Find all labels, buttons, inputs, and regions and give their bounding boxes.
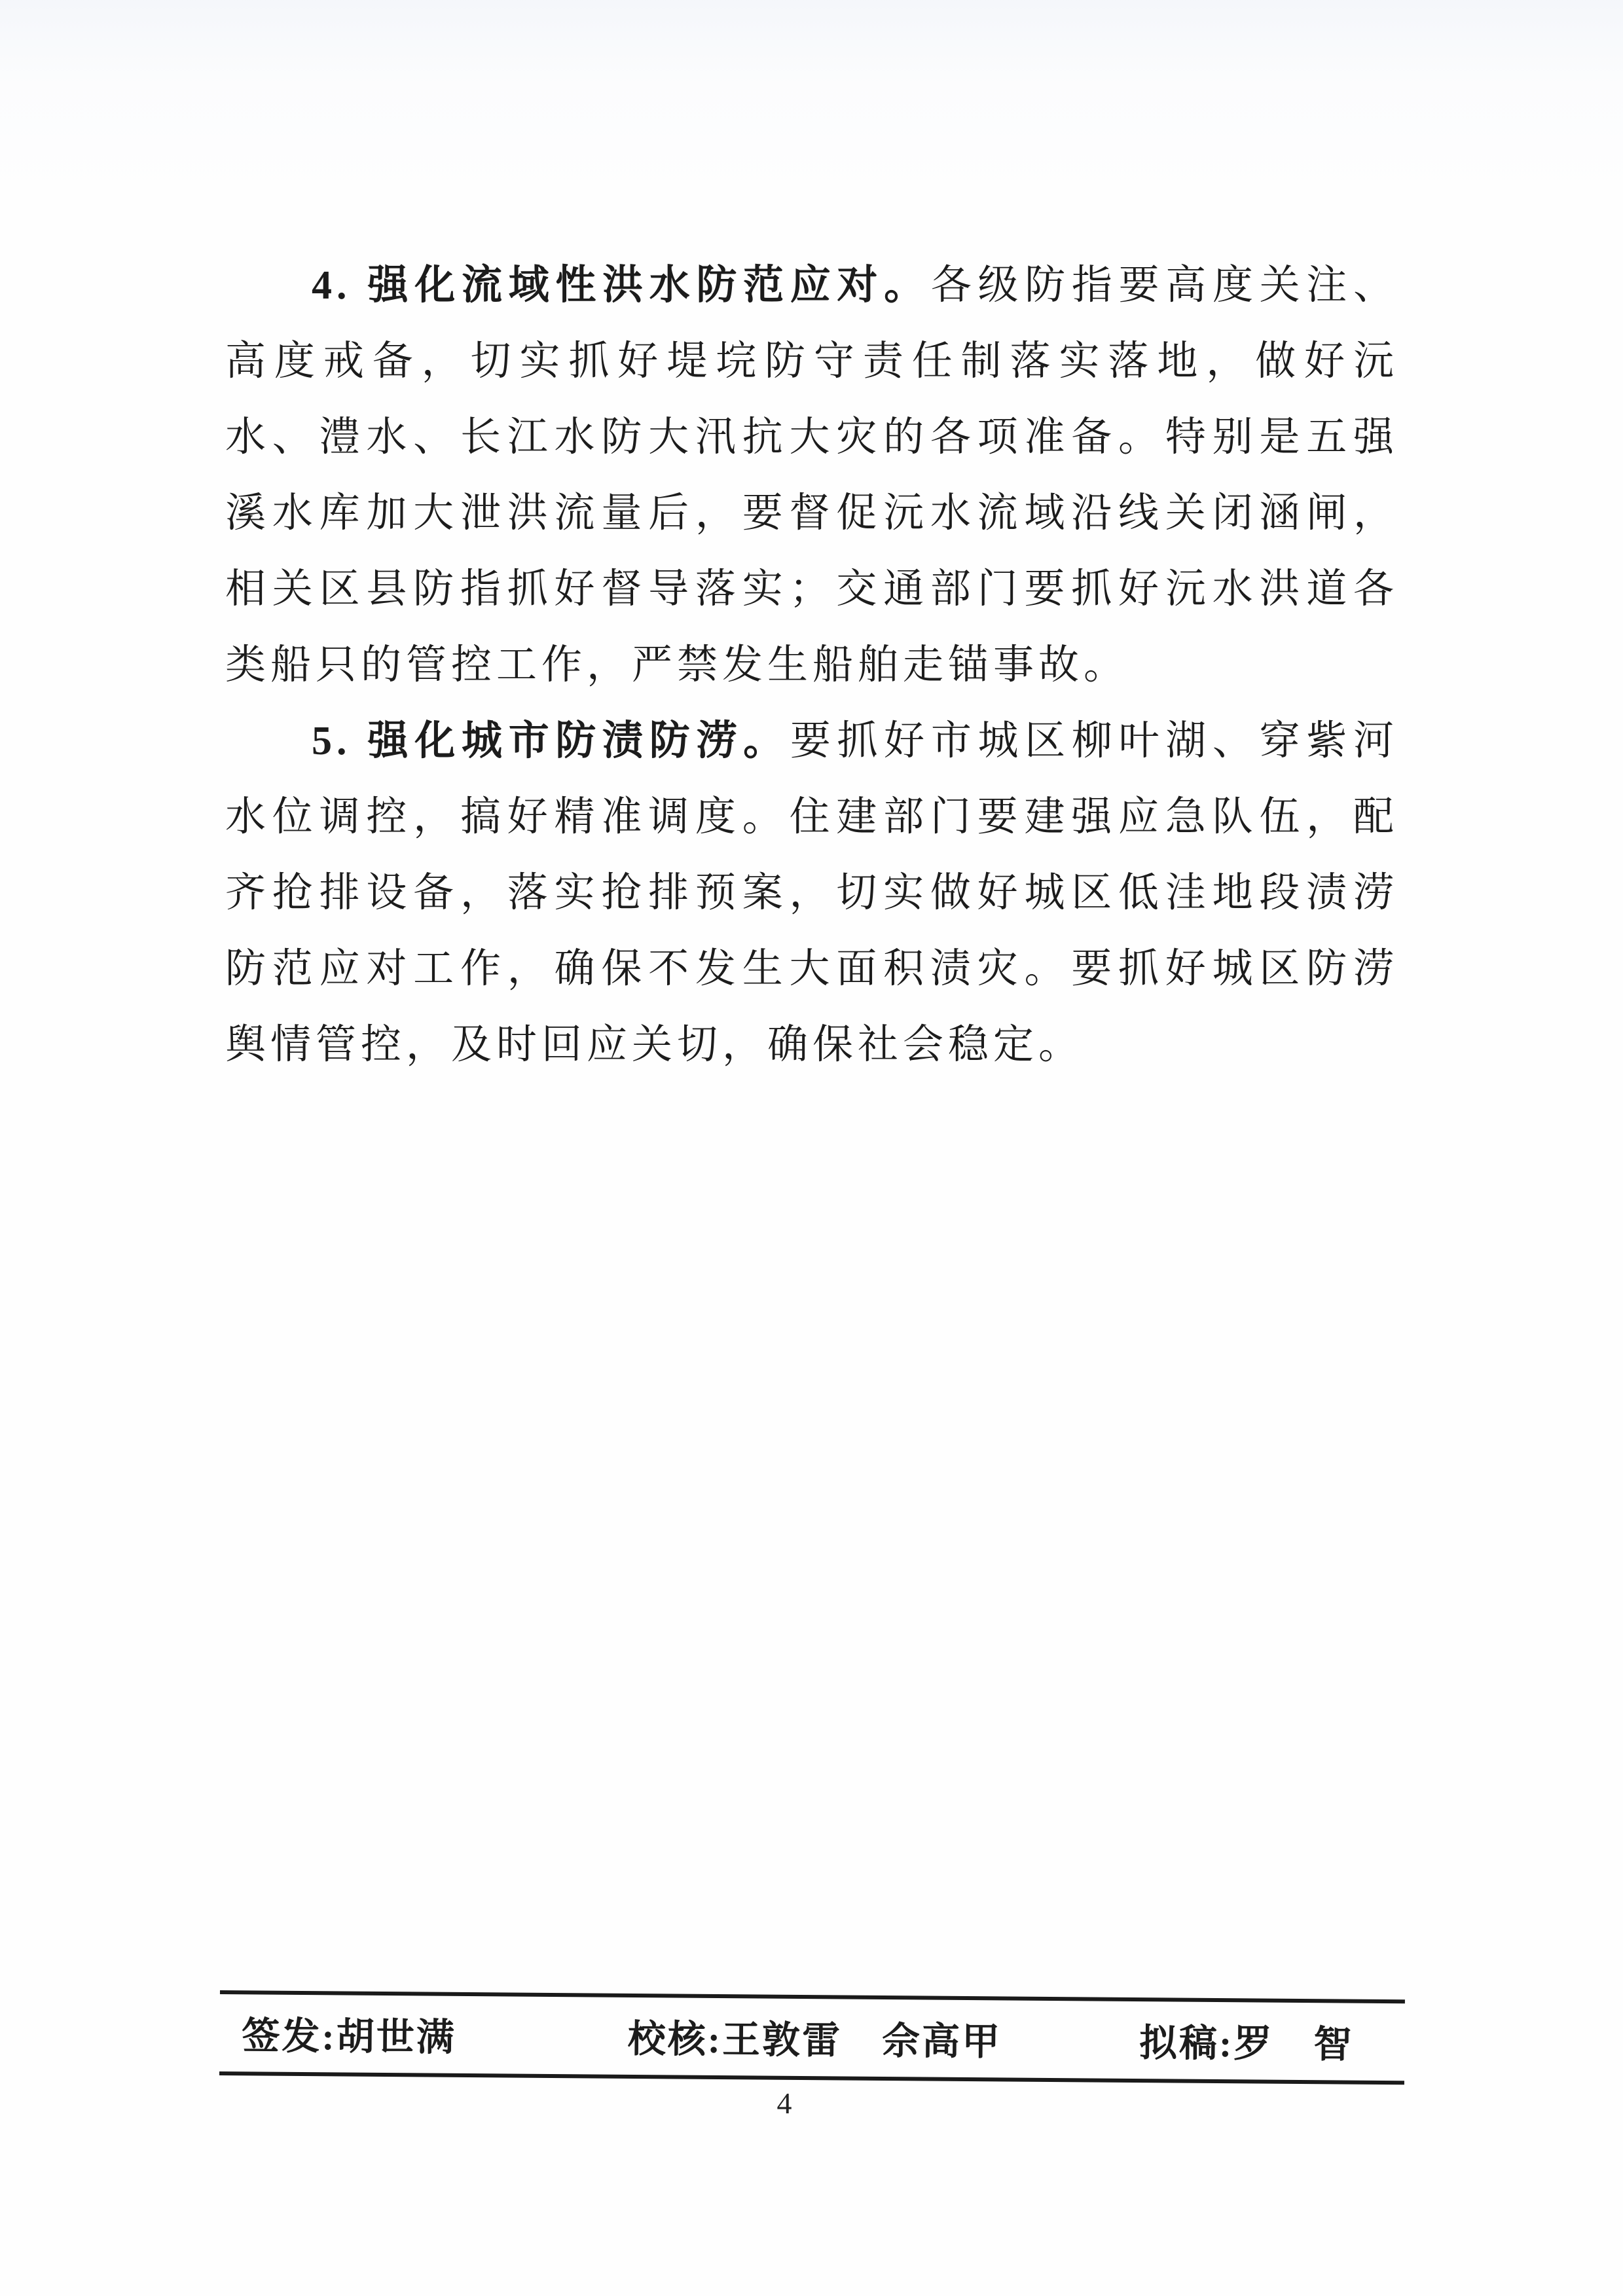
page-number: 4 [758,2086,811,2121]
checker-label: 校核: [628,2018,723,2061]
signature-block: 签发:胡世满 校核:王敦雷 佘高甲 拟稿:罗 智 [219,1990,1405,2085]
paragraph-4: 4. 强化流域性洪水防范应对。各级防指要高度关注、高度戒备，切实抓好堤垸防守责任… [225,247,1398,703]
issuer-name: 胡世满 [337,2015,457,2058]
drafter-field: 拟稿:罗 智 [1139,2012,1354,2069]
paragraph-5-text: 要抓好市城区柳叶湖、穿紫河水位调控，搞好精准调度。住建部门要建强应急队伍，配齐抢… [225,719,1398,1067]
drafter-label: 拟稿: [1139,2022,1234,2065]
issuer-label: 签发: [242,2014,337,2058]
signature-row: 签发:胡世满 校核:王敦雷 佘高甲 拟稿:罗 智 [219,2005,1405,2069]
checker-names: 王敦雷 佘高甲 [722,2018,1002,2063]
document-page: 4. 强化流域性洪水防范应对。各级防指要高度关注、高度戒备，切实抓好堤垸防守责任… [0,0,1623,2296]
issuer-field: 签发:胡世满 [242,2005,456,2062]
checker-field: 校核:王敦雷 佘高甲 [627,2008,1002,2066]
paragraph-5-lead: 5. 强化城市防渍防涝。 [312,719,790,763]
paragraph-5: 5. 强化城市防渍防涝。要抓好市城区柳叶湖、穿紫河水位调控，搞好精准调度。住建部… [225,703,1398,1083]
paragraph-4-text: 各级防指要高度关注、高度戒备，切实抓好堤垸防守责任制落实落地，做好沅水、澧水、长… [225,263,1398,687]
paragraph-4-lead: 4. 强化流域性洪水防范应对。 [312,263,931,308]
drafter-name: 罗 智 [1233,2022,1354,2066]
document-body: 4. 强化流域性洪水防范应对。各级防指要高度关注、高度戒备，切实抓好堤垸防守责任… [225,247,1398,1083]
